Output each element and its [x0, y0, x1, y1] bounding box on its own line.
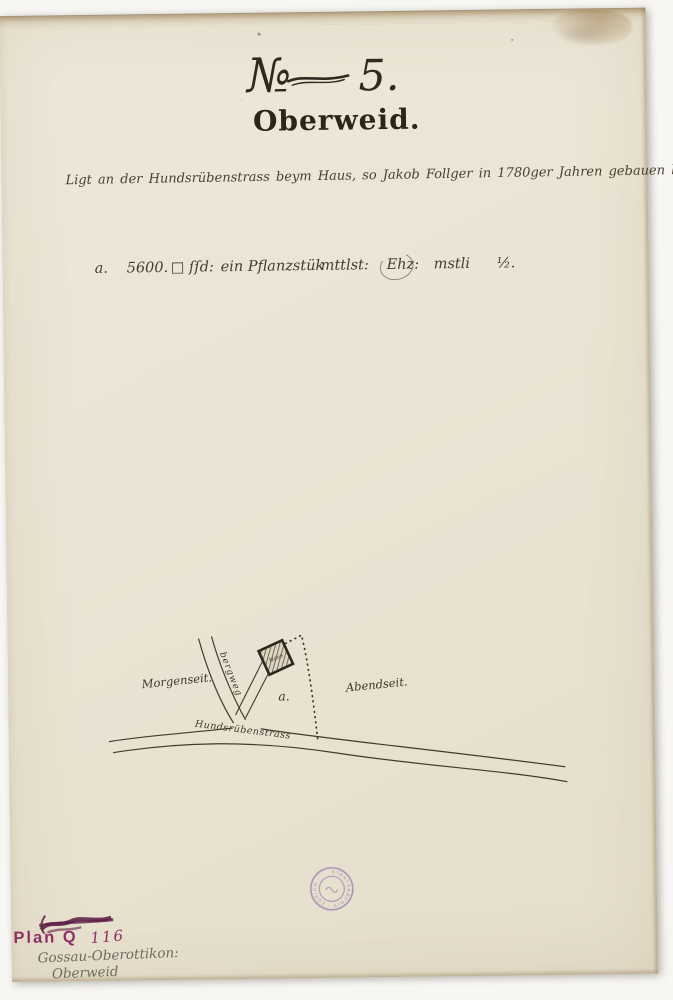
side-road-label: bergweg: [217, 651, 244, 698]
main-road-label: Hundsrübenstrass: [193, 719, 291, 742]
plan-stamp-label: Plan Q: [13, 928, 77, 947]
stamp-emblem: [326, 887, 338, 892]
place-title: Oberweid.: [1, 100, 647, 141]
flourish-line-icon: [286, 70, 352, 87]
parcel-sign-abbrev: Ehz:: [387, 257, 420, 273]
main-road-outline: [109, 724, 568, 788]
plan-reference-row: Plan Q 116: [13, 927, 125, 948]
stamp-curved-text: STAATSARCHIV · ZÜRICH ·: [312, 869, 352, 909]
pencil-note-line2: Oberweid: [52, 964, 119, 983]
parcel-area-value: 5600.: [127, 260, 169, 277]
plan-number-heading: № 5.: [0, 44, 646, 107]
parcel-fraction: ½.: [497, 255, 516, 271]
parcel-sketch-map: Haus Morgenseit. Abendseit. a. bergweg H…: [93, 617, 575, 801]
parcel-area-unit: □ ſſd:: [171, 259, 214, 276]
paper-top-edge-discoloration: [0, 8, 645, 29]
parcel-measurement-row: a. 5600. □ ſſd: ein Pflanzstük mttlst: E…: [3, 254, 649, 286]
archive-round-stamp: STAATSARCHIV · ZÜRICH ·: [305, 862, 358, 915]
stamp-inner-circle: [319, 876, 344, 901]
parcel-quality: mttlst:: [321, 257, 369, 274]
plan-number-note: 116: [90, 926, 126, 947]
numero-prefix: №: [247, 48, 291, 104]
east-side-label: Morgenseit.: [140, 670, 212, 691]
parcel-letter: a.: [95, 261, 108, 277]
paper-sheet: № 5. Oberweid. Ligt an der Hundsrübenstr…: [0, 8, 658, 982]
paper-specks: [258, 33, 261, 36]
plan-number-value: 5.: [358, 51, 400, 102]
house-square: Haus: [259, 640, 293, 674]
parcel-boundary-dotted-line: [285, 635, 317, 741]
paper-edge-shadow-right: [640, 8, 658, 974]
parcel-label: a.: [278, 688, 290, 703]
parcel-note: mstli: [434, 256, 471, 272]
pencil-smudge: [555, 22, 615, 47]
parcel-land-use: ein Pflanzstük: [221, 258, 325, 275]
description-line: Ligt an der Hundsrübenstrass beym Haus, …: [65, 164, 631, 188]
west-side-label: Abendseit.: [344, 674, 408, 694]
